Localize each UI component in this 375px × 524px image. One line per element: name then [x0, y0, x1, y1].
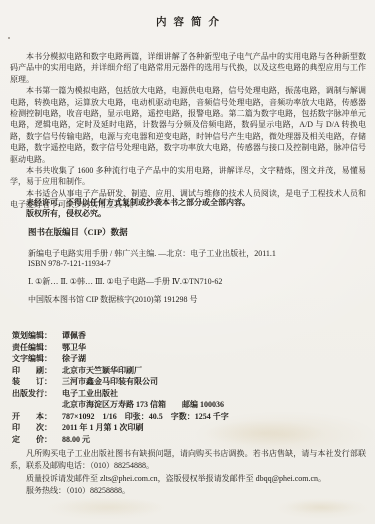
credit-row: 出版发行：电子工业出版社	[12, 388, 366, 400]
summary-paragraph: 本书分模拟电路和数字电路两篇，详细讲解了各种新型电子电气产品中的实用电路与各种新…	[10, 51, 366, 85]
credit-row: 定 价：88.00 元	[12, 434, 366, 446]
cip-isbn: ISBN 978-7-121-11934-7	[28, 259, 111, 268]
credit-value: 电子工业出版社	[62, 389, 118, 398]
credit-label: 印 刷：	[12, 365, 62, 377]
credit-value: 徐子湖	[62, 354, 86, 363]
credit-row: 北京市海淀区万寿路 173 信箱 邮编 100036	[12, 399, 366, 411]
credit-row: 责任编辑：鄂卫华	[12, 342, 366, 354]
credit-row: 文字编辑：徐子湖	[12, 353, 366, 365]
copyright-notice-line: 版权所有，侵权必究。	[10, 208, 366, 219]
cip-classification: Ⅰ. ①新… Ⅱ. ①韩… Ⅲ. ①电子电路—手册 Ⅳ.①TN710-62	[28, 276, 366, 287]
copyright-notice: 未经许可，不得以任何方式复制或抄袭本书之部分或全部内容。 版权所有，侵权必究。	[10, 197, 366, 220]
content-summary: 本书分模拟电路和数字电路两篇，详细讲解了各种新型电子电气产品中的实用电路与各种新…	[10, 51, 366, 211]
book-copyright-page: 内容简介 本书分模拟电路和数字电路两篇，详细讲解了各种新型电子电气产品中的实用电…	[0, 0, 375, 524]
credit-label: 印 次：	[12, 422, 62, 434]
summary-paragraph: 本书共收集了 1600 多种流行电子产品中的实用电路，讲解详尽，文字精炼，图文并…	[10, 165, 366, 188]
publication-credits: 策划编辑：谭佩香 责任编辑：鄂卫华 文字编辑：徐子湖 印 刷：北京市天竺颖华印刷…	[12, 330, 366, 445]
copyright-notice-line: 未经许可，不得以任何方式复制或抄袭本书之部分或全部内容。	[10, 197, 366, 208]
credit-label: 开 本：	[12, 411, 62, 423]
cip-registry-number: 中国版本图书馆 CIP 数据核字(2010)第 191298 号	[28, 294, 197, 305]
credit-value: 2011 年 1 月第 1 次印刷	[62, 423, 144, 432]
credit-value: 三河市鑫金马印装有限公司	[62, 377, 158, 386]
page-title: 内容简介	[0, 14, 375, 29]
credit-row: 装 订：三河市鑫金马印装有限公司	[12, 376, 366, 388]
credit-value: 88.00 元	[62, 435, 90, 444]
cip-heading: 图书在版编目（CIP）数据	[28, 226, 128, 238]
cip-book-line: 新编电子电路实用手册 / 韩广兴主编. —北京：电子工业出版社，2011.1	[28, 248, 366, 259]
credit-value: 787×1092 1/16 印张：40.5 字数：1254 千字	[62, 412, 229, 421]
exchange-note: 凡所购买电子工业出版社图书有缺损问题，请向购买书店调换。若书店售缺，请与本社发行…	[10, 448, 366, 473]
credit-value: 鄂卫华	[62, 343, 86, 352]
credit-row: 印 刷：北京市天竺颖华印刷厂	[12, 365, 366, 377]
credit-label: 文字编辑：	[12, 353, 62, 365]
credit-label: 责任编辑：	[12, 342, 62, 354]
service-notes: 凡所购买电子工业出版社图书有缺损问题，请向购买书店调换。若书店售缺，请与本社发行…	[10, 448, 366, 497]
credit-value: 北京市天竺颖华印刷厂	[62, 366, 142, 375]
credit-label: 装 订：	[12, 376, 62, 388]
credit-label: 定 价：	[12, 434, 62, 446]
complaint-email-note: 质量投诉请发邮件至 zlts@phei.com.cn，盗版侵权举报请发邮件至 d…	[10, 473, 366, 485]
service-hotline-note: 服务热线：（010）88258888。	[10, 485, 366, 497]
credit-label: 策划编辑：	[12, 330, 62, 342]
credit-row: 开 本：787×1092 1/16 印张：40.5 字数：1254 千字	[12, 411, 366, 423]
credit-row: 印 次：2011 年 1 月第 1 次印刷	[12, 422, 366, 434]
credit-label: 出版发行：	[12, 388, 62, 400]
credit-row: 策划编辑：谭佩香	[12, 330, 366, 342]
credit-value publisher-address: 北京市海淀区万寿路 173 信箱 邮编 100036	[62, 400, 224, 409]
summary-paragraph: 本书第一篇为模拟电路，包括放大电路，电源供电电路，信号处理电路，振荡电路，调制与…	[10, 85, 366, 165]
page-content: 内容简介 本书分模拟电路和数字电路两篇，详细讲解了各种新型电子电气产品中的实用电…	[0, 0, 375, 524]
credit-value: 谭佩香	[62, 331, 86, 340]
